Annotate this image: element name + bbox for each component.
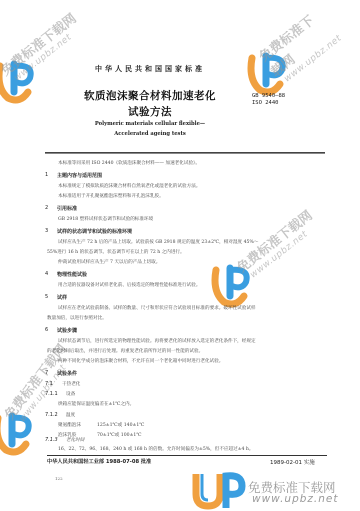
- subsection-heading: 干热老化: [62, 381, 80, 387]
- section-number: 7: [45, 370, 48, 376]
- watermark-top-left: 免费标准下载网 www.upbz.net: [0, 8, 86, 87]
- national-standard-label: 中华人民共和国国家标准: [0, 64, 300, 74]
- section-heading: 引用标准: [57, 205, 77, 212]
- section-number: 4: [45, 271, 48, 277]
- approval-date: 中华人民共和国轻工业部 1988-07-08 批准: [47, 458, 151, 465]
- footer-divider: [47, 455, 327, 456]
- page-number: 122: [55, 476, 63, 481]
- section-heading: 试样的状态调节和试验的标准环境: [57, 228, 132, 235]
- subsection-paragraph: 烘箱应能保证温度偏差在±1℃之内。: [58, 401, 134, 407]
- subsection-number: 7.1.3: [45, 437, 58, 443]
- temperature-row-value: 125±1℃或 140±1℃: [97, 422, 144, 428]
- section-heading: 主题内容与适用范围: [57, 172, 102, 179]
- section-heading: 试验条件: [57, 370, 77, 377]
- section-number: 3: [45, 228, 48, 234]
- section-number: 1: [45, 172, 48, 178]
- section-heading: 试验步骤: [57, 327, 77, 334]
- section-paragraph: GB 2918 塑料试样状态调节和试验的标准环境: [58, 216, 153, 222]
- section-number: 6: [45, 327, 48, 333]
- temperature-row-material: 聚氨酯泡沫: [58, 422, 81, 428]
- english-title-line1: Polymeric materials cellular flexible—: [0, 121, 300, 127]
- document-page: 免费标准下载网 www.upbz.net 免费标准下载网 www.upbz.ne…: [0, 0, 360, 511]
- section-paragraph: 用合适的仪器设备对试样老化前、后按选定的物理性能标准进行试验。: [58, 282, 200, 288]
- section-paragraph: 仲裁试验用试样应从生产 7 天以后的产品上切取。: [58, 259, 160, 265]
- section-paragraph: 数量加倍，以进行参照对比。: [47, 315, 107, 321]
- subsection-paragraph: 16、22、72、96、168、240 h 或 168 h 的倍数。允许时间偏差…: [58, 446, 253, 452]
- gb-code: GB 9540—88: [252, 93, 285, 100]
- implementation-date: 1989-02-01 实施: [270, 458, 315, 466]
- upbz-logo-icon: [192, 470, 246, 511]
- subsection-number: 7.1.2: [45, 412, 58, 418]
- watermark-url: www.upbz.net: [252, 493, 339, 505]
- subsection-number: 7.1: [45, 381, 53, 387]
- iso-code: ISO 2440: [252, 100, 279, 107]
- subsection-heading: 设备: [66, 391, 75, 397]
- english-title-line2: Accelerated ageing tests: [0, 131, 300, 137]
- subsection-heading: 老化时间: [66, 437, 84, 443]
- temperature-row-value: 70±1℃或 100±1℃: [97, 432, 142, 438]
- subsection-heading: 温度: [66, 412, 75, 418]
- section-paragraph: 的老化时间后取出，并进行后处理。再重复老化前所作过的同一性能的试验。: [47, 348, 203, 354]
- section-paragraph: 本标准规定了模拟软质泡沫聚合材料自然氧老化或湿老化的试验方法。: [58, 183, 200, 189]
- section-paragraph: 试样状态调节后，进行所选定的物理性能试验。再将要老化的试样放入选定的老化条件下，…: [58, 338, 256, 344]
- section-paragraph: 55%进行 16 h 的状态调节。状态调节可在以上的 72 h 之内进行。: [47, 249, 185, 255]
- header-divider-shadow: [45, 153, 325, 154]
- section-paragraph: 试样应在老化试验前制备。试样的数量、尺寸和形状应符合试验项目标准的要求。破坏性试…: [58, 305, 256, 311]
- section-number: 2: [45, 205, 48, 211]
- section-heading: 试样: [57, 294, 67, 301]
- intro-paragraph: 本标准等同采用 ISO 2440《软质泡沫聚合材料—— 加速老化试验》。: [58, 160, 200, 166]
- section-paragraph: 试样应从生产 72 h 后的产品上切取。试验前按 GB 2918 规定的温度 2…: [58, 239, 258, 245]
- section-paragraph: 本标准适用于开孔聚氨酯泡沫塑料和开孔泡沫乳胶。: [58, 193, 164, 199]
- section-heading: 物理性能试验: [57, 271, 87, 278]
- subsection-number: 7.1.1: [45, 391, 58, 397]
- section-paragraph: 两种不同化学成分的泡沫聚合材料，不允许在同一个老化箱中同时进行老化试验。: [58, 358, 223, 364]
- section-number: 5: [45, 294, 48, 300]
